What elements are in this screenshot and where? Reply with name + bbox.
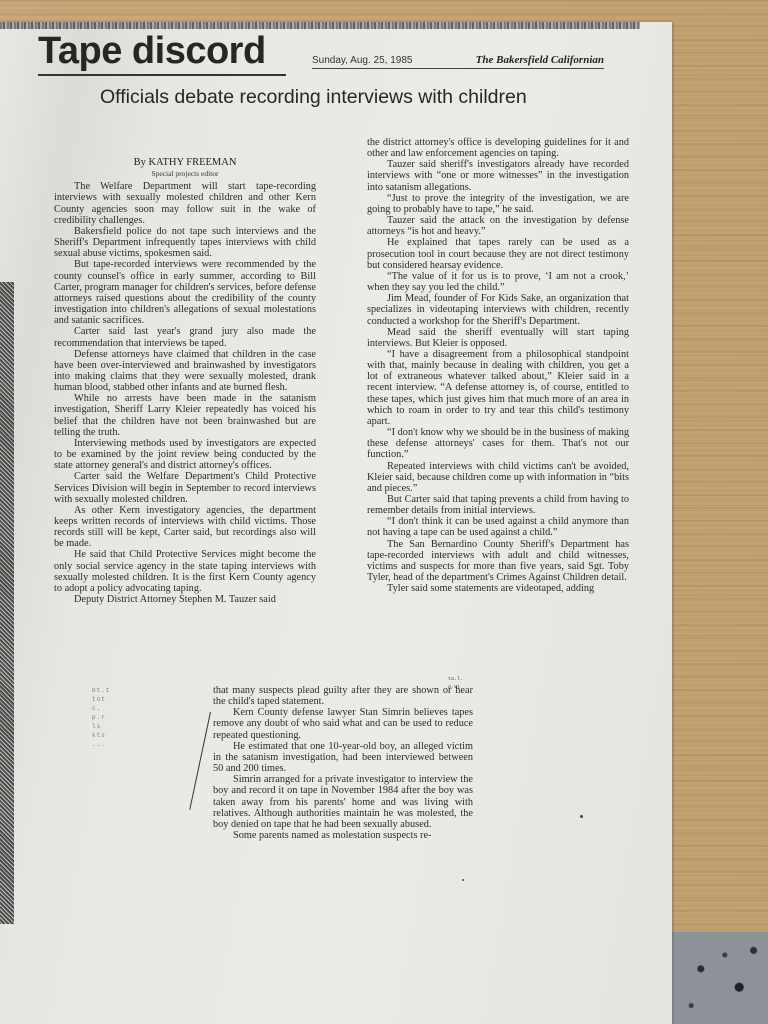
article-column-3: that many suspects plead guilty after th… — [213, 685, 473, 841]
article-paragraph: As other Kern investigatory agencies, th… — [54, 505, 316, 550]
paper-speck — [462, 879, 464, 881]
byline: By KATHY FREEMAN — [54, 157, 316, 168]
article-paragraph: Mead said the sheriff eventually will st… — [367, 327, 629, 349]
article-paragraph: Defense attorneys have claimed that chil… — [54, 349, 316, 394]
article-paragraph: Simrin arranged for a private investigat… — [213, 774, 473, 830]
article-paragraph: Carter said last year's grand jury also … — [54, 326, 316, 348]
article-paragraph: Tyler said some statements are videotape… — [367, 583, 629, 594]
column-1-paragraphs: The Welfare Department will start tape-r… — [54, 181, 316, 605]
article-paragraph: “Just to prove the integrity of the inve… — [367, 193, 629, 215]
mark-line: c. — [92, 704, 110, 713]
dateline: Sunday, Aug. 25, 1985 The Bakersfield Ca… — [312, 54, 604, 69]
mark-line: bt.t — [92, 686, 110, 695]
article-paragraph: “The value of it for us is to prove, ‘I … — [367, 271, 629, 293]
article-column-2: the district attorney's office is develo… — [367, 137, 629, 594]
margin-marks: bt.ttotc.p.rlskts... — [92, 686, 110, 749]
article-paragraph: He explained that tapes rarely can be us… — [367, 237, 629, 270]
article-paragraph: Tauzer said the attack on the investigat… — [367, 215, 629, 237]
article-paragraph: “I don't know why we should be in the bu… — [367, 427, 629, 460]
newspaper-name: The Bakersfield Californian — [476, 54, 604, 66]
article-paragraph: Carter said the Welfare Department's Chi… — [54, 471, 316, 504]
mark-line: kts — [92, 731, 110, 740]
article-paragraph: But Carter said that taping prevents a c… — [367, 494, 629, 516]
article-paragraph: Interviewing methods used by investigato… — [54, 438, 316, 471]
article-paragraph: Tauzer said sheriff's investigators alre… — [367, 159, 629, 192]
article-paragraph: Deputy District Attorney Stephen M. Tauz… — [54, 594, 316, 605]
article-paragraph: Some parents named as molestation suspec… — [213, 830, 473, 841]
mark-line: ... — [92, 740, 110, 749]
article-paragraph: He estimated that one 10-year-old boy, a… — [213, 741, 473, 774]
article-paragraph: Repeated interviews with child victims c… — [367, 461, 629, 494]
subheadline: Officials debate recording interviews wi… — [100, 86, 527, 109]
article-paragraph: The San Bernardino County Sheriff's Depa… — [367, 539, 629, 584]
mark-line: tot — [92, 695, 110, 704]
article-paragraph: Bakersfield police do not tape such inte… — [54, 226, 316, 259]
byline-title: Special projects editor — [54, 168, 316, 179]
headline: Tape discord — [38, 32, 286, 76]
article-paragraph: “I have a disagreement from a philosophi… — [367, 349, 629, 427]
adjacent-print-strip — [0, 282, 14, 924]
article-paragraph: But tape-recorded interviews were recomm… — [54, 259, 316, 326]
article-paragraph: He said that Child Protective Services m… — [54, 549, 316, 594]
mark-line: ta.l. — [448, 675, 463, 683]
granite-countertop — [672, 932, 768, 1024]
article-paragraph: “I don't think it can be used against a … — [367, 516, 629, 538]
article-column-1: By KATHY FREEMAN Special projects editor… — [54, 157, 316, 605]
article-paragraph: While no arrests have been made in the s… — [54, 393, 316, 438]
mark-line: ls — [92, 722, 110, 731]
torn-edge — [0, 22, 640, 29]
column-2-paragraphs: the district attorney's office is develo… — [367, 137, 629, 594]
mark-line: p.r — [92, 713, 110, 722]
article-paragraph: Jim Mead, founder of For Kids Sake, an o… — [367, 293, 629, 326]
publication-date: Sunday, Aug. 25, 1985 — [312, 55, 412, 66]
column-3-paragraphs: that many suspects plead guilty after th… — [213, 685, 473, 841]
article-paragraph: The Welfare Department will start tape-r… — [54, 181, 316, 226]
article-paragraph: Kern County defense lawyer Stan Simrin b… — [213, 707, 473, 740]
article-paragraph: that many suspects plead guilty after th… — [213, 685, 473, 707]
newspaper-clipping: Tape discord Sunday, Aug. 25, 1985 The B… — [0, 22, 672, 1024]
hand-drawn-line — [189, 712, 211, 810]
article-paragraph: the district attorney's office is develo… — [367, 137, 629, 159]
paper-speck — [580, 815, 583, 818]
